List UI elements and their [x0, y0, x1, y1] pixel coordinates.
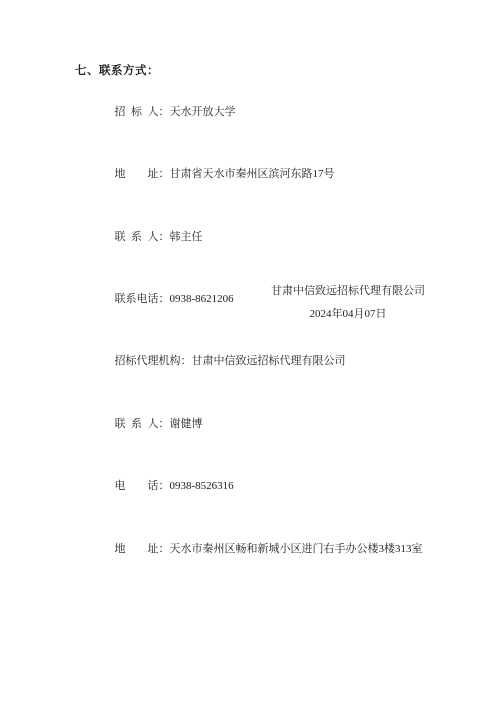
contact-row-agency: 招标代理机构：甘肃中信致远招标代理有限公司 — [98, 331, 460, 393]
contact-label: 招标代理机构 — [115, 355, 181, 367]
contact-row-agency-person: 联 系 人：谢健博 — [98, 393, 460, 455]
contact-colon: ： — [159, 480, 170, 492]
contact-colon: ： — [159, 418, 170, 430]
contact-value: 甘肃省天水市秦州区滨河东路17号 — [170, 168, 335, 180]
signature-company: 甘肃中信致远招标代理有限公司 — [271, 280, 425, 303]
contact-label: 联 系 人 — [115, 418, 159, 430]
contact-colon: ： — [181, 355, 192, 367]
contact-value: 天水市秦州区畅和新城小区进门右手办公楼3楼313室 — [170, 543, 423, 555]
contact-colon: ： — [159, 293, 170, 305]
contact-colon: ： — [159, 168, 170, 180]
contact-value: 甘肃中信致远招标代理有限公司 — [192, 355, 346, 367]
contact-label: 招 标 人 — [115, 106, 159, 118]
contact-colon: ： — [159, 543, 170, 555]
contact-value: 韩主任 — [170, 231, 203, 243]
contact-value: 0938-8621206 — [170, 293, 234, 305]
signature-block: 甘肃中信致远招标代理有限公司 2024年04月07日 — [271, 280, 425, 325]
contact-colon: ： — [159, 106, 170, 118]
contact-value: 0938-8526316 — [170, 480, 234, 492]
contact-block: 招 标 人：天水开放大学 地 址：甘肃省天水市秦州区滨河东路17号 联 系 人：… — [98, 81, 460, 580]
signature-date: 2024年04月07日 — [271, 303, 425, 326]
contact-row-bidder: 招 标 人：天水开放大学 — [98, 81, 460, 143]
contact-label: 联系电话 — [115, 293, 159, 305]
contact-colon: ： — [159, 231, 170, 243]
contact-row-contact-person: 联 系 人：韩主任 — [98, 206, 460, 268]
contact-row-address: 地 址：甘肃省天水市秦州区滨河东路17号 — [98, 143, 460, 205]
contact-label: 地 址 — [115, 168, 159, 180]
section-heading: 七、联系方式： — [75, 62, 159, 78]
contact-label: 电 话 — [115, 480, 159, 492]
contact-label: 联 系 人 — [115, 231, 159, 243]
contact-value: 天水开放大学 — [170, 106, 236, 118]
contact-label: 地 址 — [115, 543, 159, 555]
contact-value: 谢健博 — [170, 418, 203, 430]
contact-row-agency-address: 地 址：天水市秦州区畅和新城小区进门右手办公楼3楼313室 — [98, 518, 460, 580]
contact-row-agency-phone: 电 话：0938-8526316 — [98, 455, 460, 517]
document-page: 七、联系方式： 招 标 人：天水开放大学 地 址：甘肃省天水市秦州区滨河东路17… — [0, 0, 500, 706]
